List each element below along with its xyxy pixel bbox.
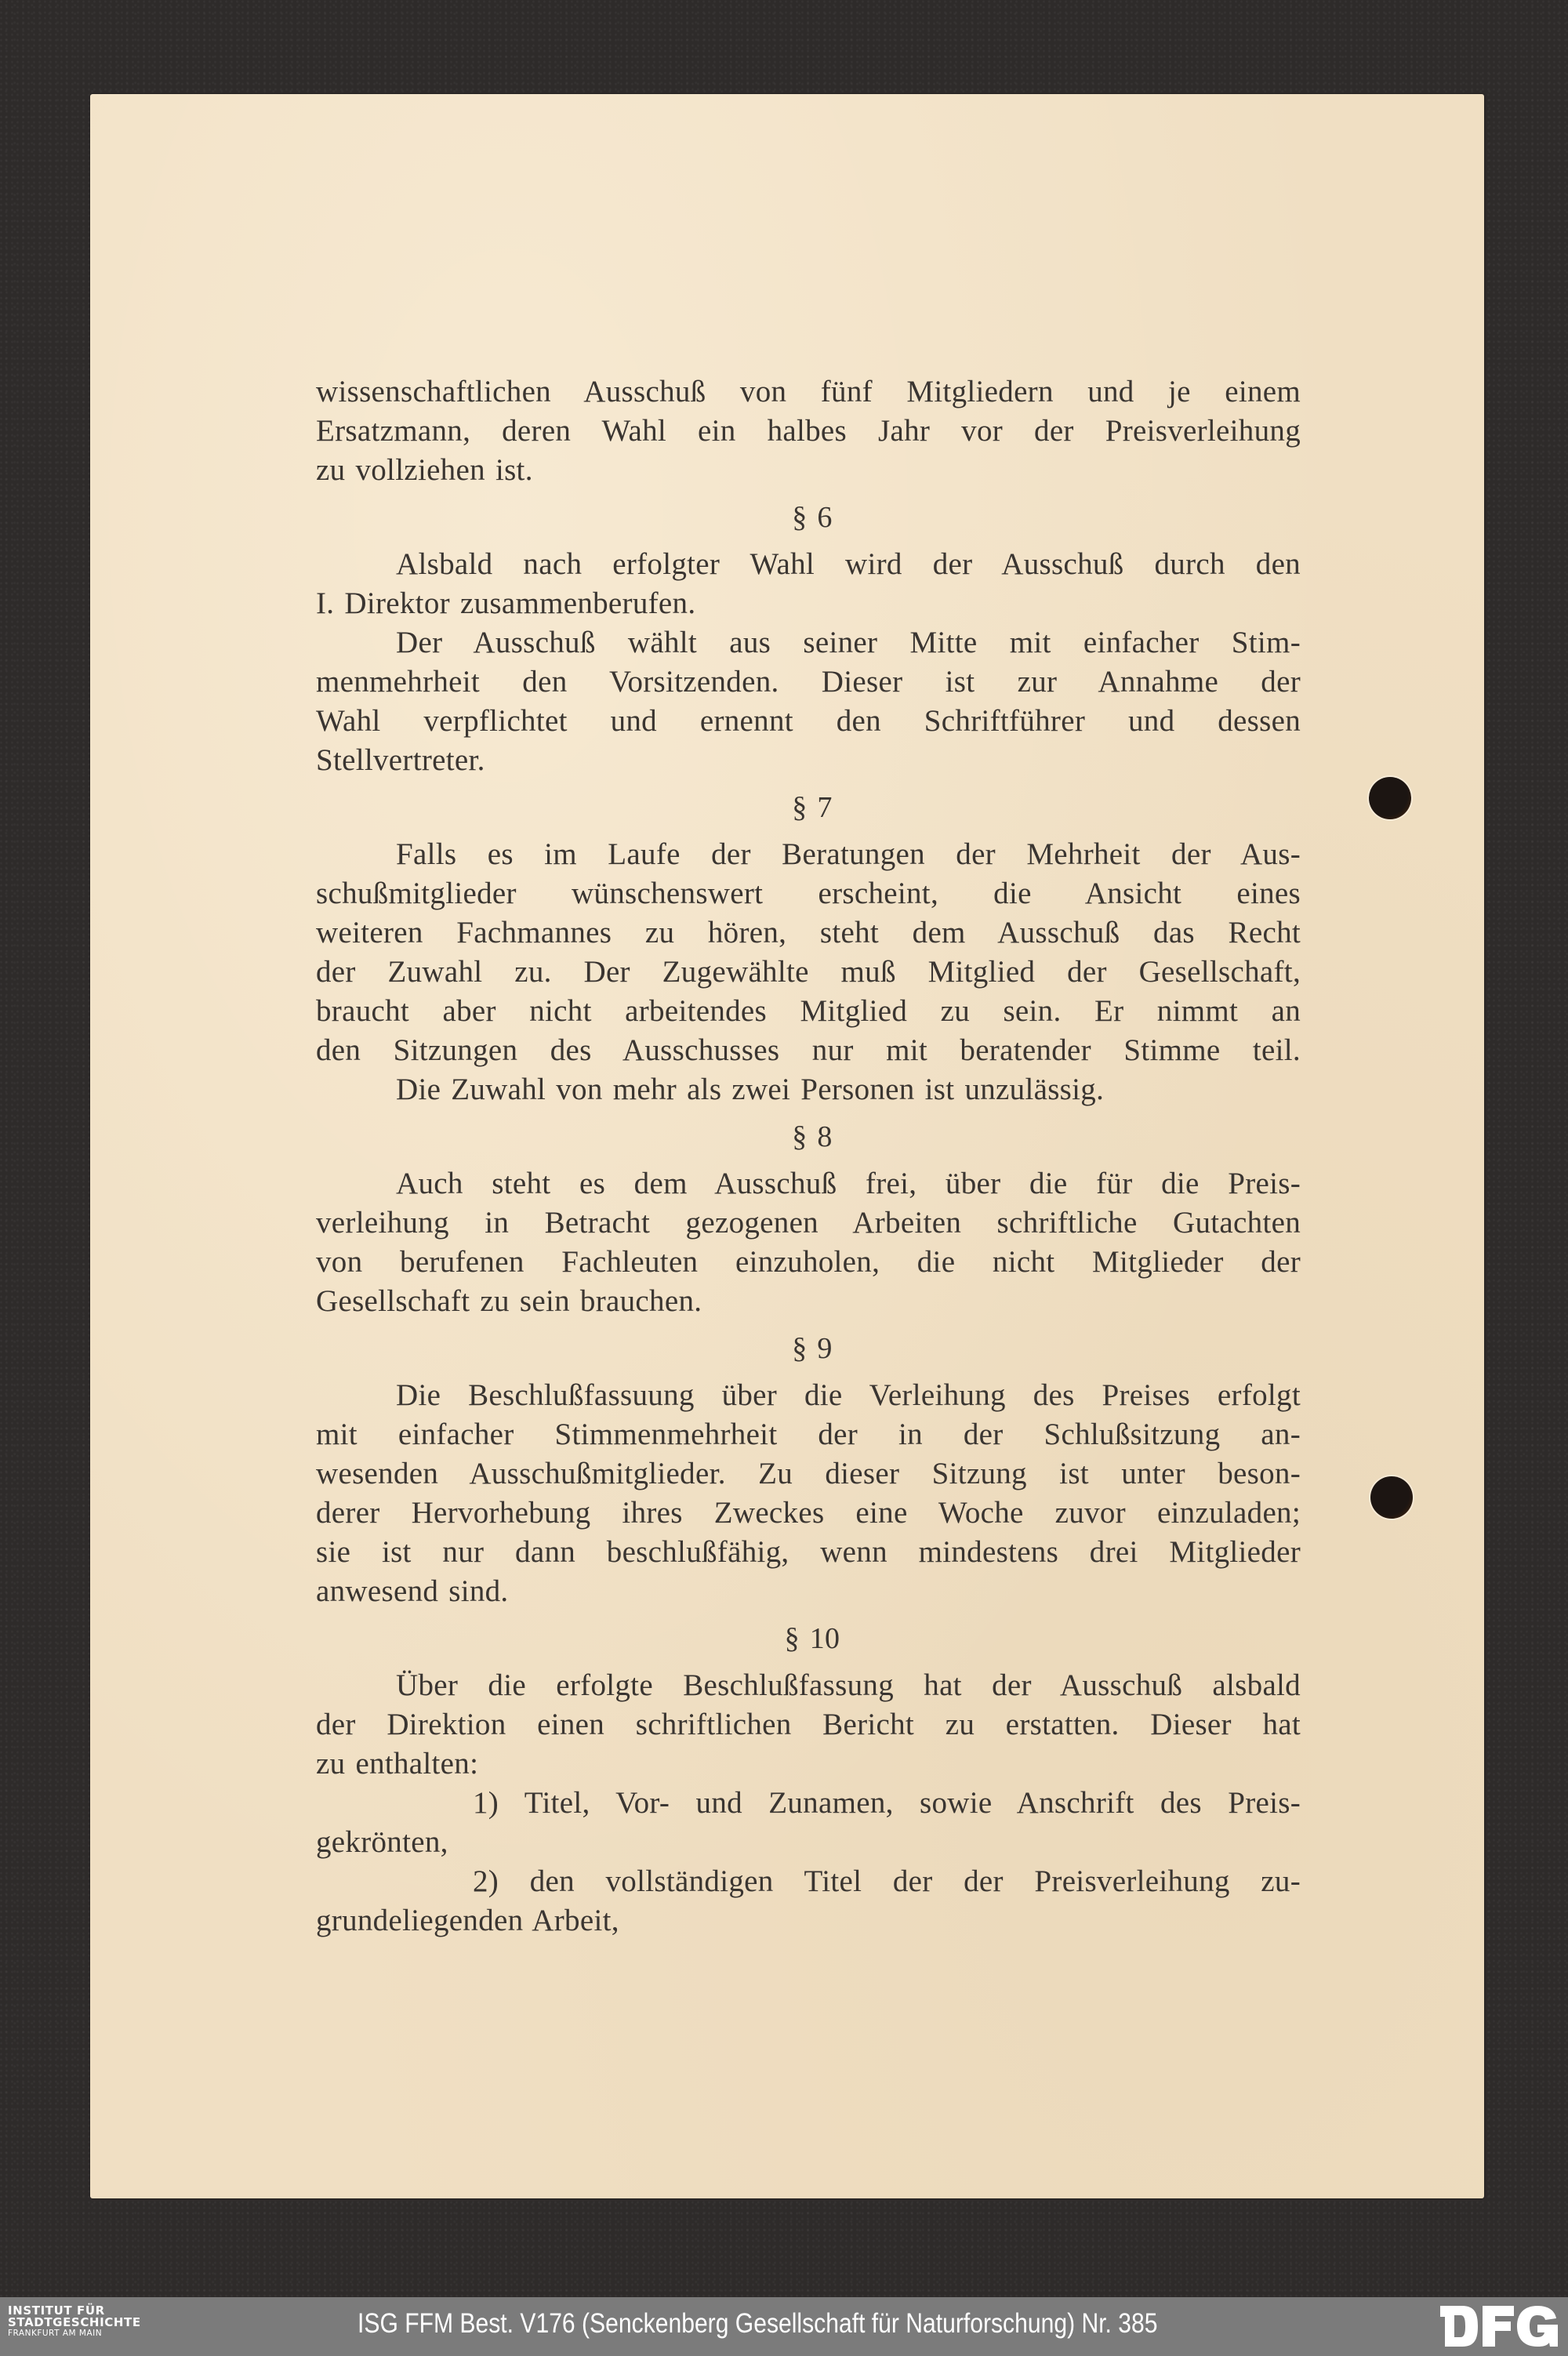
text-line: Stellvertreter. xyxy=(316,741,1301,780)
text-line: menmehrheit den Vorsitzenden. Dieser ist… xyxy=(316,663,1301,702)
text-line: braucht aber nicht arbeitendes Mitglied … xyxy=(316,992,1301,1031)
archive-footer-bar: INSTITUT FÜR STADTGESCHICHTE FRANKFURT A… xyxy=(0,2297,1568,2356)
text-line: wesenden Ausschußmitglieder. Zu dieser S… xyxy=(316,1454,1301,1494)
text-line: anwesend sind. xyxy=(316,1572,1301,1611)
text-line: Wahl verpflichtet und ernennt den Schrif… xyxy=(316,702,1301,741)
punch-hole-1 xyxy=(1369,777,1411,819)
institution-name-line2: STADTGESCHICHTE xyxy=(8,2317,141,2329)
section-10: § 10 Über die erfolgte Beschlußfassung h… xyxy=(316,1619,1301,1940)
list-item-line: 1) Titel, Vor- und Zunamen, sowie Anschr… xyxy=(316,1784,1301,1823)
text-line: I. Direktor zusammenberufen. xyxy=(316,584,1301,623)
section-heading: § 8 xyxy=(316,1117,1301,1156)
text-line: weiteren Fachmannes zu hören, steht dem … xyxy=(316,913,1301,953)
institution-logo: INSTITUT FÜR STADTGESCHICHTE FRANKFURT A… xyxy=(8,2305,141,2339)
text-line: Die Zuwahl von mehr als zwei Personen is… xyxy=(316,1070,1301,1109)
text-line: zu vollziehen ist. xyxy=(316,451,1301,490)
text-line: verleihung in Betracht gezogenen Arbeite… xyxy=(316,1203,1301,1243)
text-line: der Zuwahl zu. Der Zugewählte muß Mitgli… xyxy=(316,953,1301,992)
text-line: Die Beschlußfassuung über die Verleihung… xyxy=(316,1376,1301,1415)
text-line: Auch steht es dem Ausschuß frei, über di… xyxy=(316,1164,1301,1203)
institution-city: FRANKFURT AM MAIN xyxy=(8,2329,141,2339)
section-6: § 6 Alsbald nach erfolgter Wahl wird der… xyxy=(316,498,1301,780)
document-text: wissenschaftlichen Ausschuß von fünf Mit… xyxy=(316,372,1301,1940)
text-line: mit einfacher Stimmenmehrheit der in der… xyxy=(316,1415,1301,1454)
text-line: der Direktion einen schriftlichen Berich… xyxy=(316,1705,1301,1744)
section-7: § 7 Falls es im Laufe der Beratungen der… xyxy=(316,788,1301,1109)
text-line: derer Hervorhebung ihres Zweckes eine Wo… xyxy=(316,1494,1301,1533)
text-line: grundeliegenden Arbeit, xyxy=(316,1901,1301,1940)
section-continuation: wissenschaftlichen Ausschuß von fünf Mit… xyxy=(316,372,1301,490)
text-line: Falls es im Laufe der Beratungen der Meh… xyxy=(316,835,1301,874)
text-line: schußmitglieder wünschenswert erscheint,… xyxy=(316,874,1301,913)
text-line: Ersatzmann, deren Wahl ein halbes Jahr v… xyxy=(316,412,1301,451)
text-line: Gesellschaft zu sein brauchen. xyxy=(316,1282,1301,1321)
archive-signature: ISG FFM Best. V176 (Senckenberg Gesellsc… xyxy=(358,2308,1158,2340)
section-heading: § 9 xyxy=(316,1329,1301,1368)
punch-hole-2 xyxy=(1370,1476,1413,1519)
document-page: wissenschaftlichen Ausschuß von fünf Mit… xyxy=(90,94,1484,2198)
text-line: von berufenen Fachleuten einzuholen, die… xyxy=(316,1243,1301,1282)
section-heading: § 7 xyxy=(316,788,1301,827)
scan-background: wissenschaftlichen Ausschuß von fünf Mit… xyxy=(0,0,1568,2297)
dfg-logo-icon xyxy=(1440,2306,1558,2347)
text-line: Über die erfolgte Beschlußfassung hat de… xyxy=(316,1666,1301,1705)
text-line: Der Ausschuß wählt aus seiner Mitte mit … xyxy=(316,623,1301,663)
text-line: Alsbald nach erfolgter Wahl wird der Aus… xyxy=(316,545,1301,584)
text-line: gekrönten, xyxy=(316,1823,1301,1862)
section-8: § 8 Auch steht es dem Ausschuß frei, übe… xyxy=(316,1117,1301,1321)
text-line: sie ist nur dann beschlußfähig, wenn min… xyxy=(316,1533,1301,1572)
text-line: den Sitzungen des Ausschusses nur mit be… xyxy=(316,1031,1301,1070)
text-line: zu enthalten: xyxy=(316,1744,1301,1784)
section-heading: § 6 xyxy=(316,498,1301,537)
text-line: wissenschaftlichen Ausschuß von fünf Mit… xyxy=(316,372,1301,412)
section-9: § 9 Die Beschlußfassuung über die Verlei… xyxy=(316,1329,1301,1611)
list-item-line: 2) den vollständigen Titel der der Preis… xyxy=(316,1862,1301,1901)
section-heading: § 10 xyxy=(316,1619,1301,1658)
